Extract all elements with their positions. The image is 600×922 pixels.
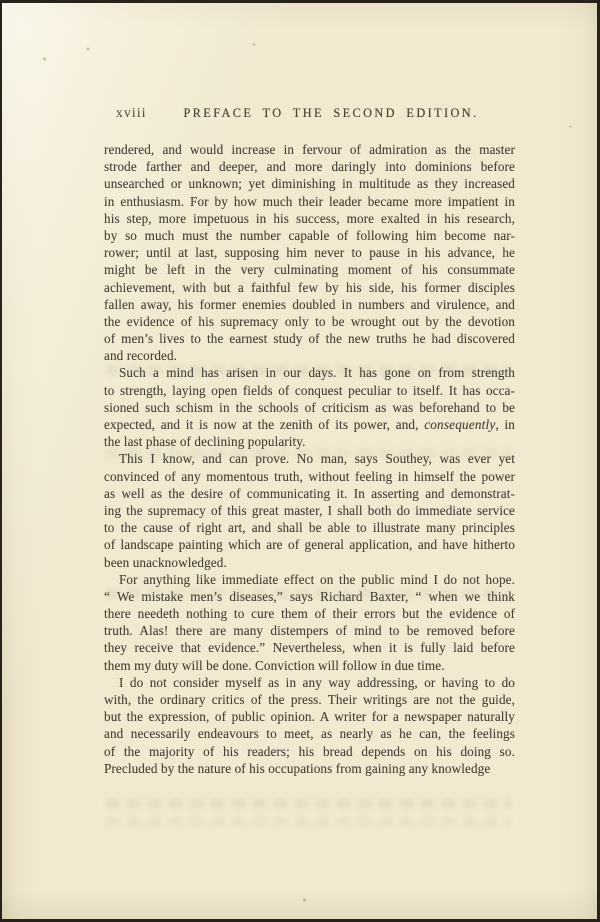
- text-line: sioned such schism in the schools of cri…: [104, 399, 515, 416]
- text-line: might be left in the very culminating mo…: [104, 261, 515, 278]
- paper-speck: [42, 57, 47, 61]
- paper-speck: [86, 47, 90, 51]
- text-line: I do not consider myself as in any way a…: [104, 674, 515, 691]
- text-line: of men’s lives to the earnest study of t…: [104, 330, 515, 347]
- running-header-title: PREFACE TO THE SECOND EDITION.: [2, 106, 600, 121]
- text-line: to strength, laying open fields of conqu…: [104, 382, 515, 399]
- paper-speck: [252, 43, 256, 46]
- paper-speck: [569, 125, 572, 128]
- text-line: in enthusiasm. For by how much their lea…: [104, 193, 515, 210]
- text-line: his step, more impetuous in his success,…: [104, 210, 515, 227]
- text-line: them my duty will be done. Conviction wi…: [104, 657, 515, 674]
- text-line: as well as the desire of communicating i…: [104, 485, 515, 502]
- paragraph: For anything like immediate effect on th…: [104, 571, 515, 674]
- paragraph: Such a mind has arisen in our days. It h…: [104, 364, 515, 450]
- text-line: fallen away, his former enemies doubled …: [104, 296, 515, 313]
- text-line: with, the ordinary critics of the press.…: [104, 691, 515, 708]
- text-line: For anything like immediate effect on th…: [104, 571, 515, 588]
- text-line: and necessarily endeavours to meet, as n…: [104, 725, 515, 742]
- bleedthrough-smudge: [106, 816, 511, 827]
- text-line: by so much must the number capable of fo…: [104, 227, 515, 244]
- text-line: they receive that evidence.” Nevertheles…: [104, 639, 515, 656]
- paragraph: rendered, and would increase in fervour …: [104, 141, 515, 364]
- paragraph: This I know, and can prove. No man, says…: [104, 450, 515, 570]
- text-line: achievement, with but a faithful few by …: [104, 279, 515, 296]
- text-line: Such a mind has arisen in our days. It h…: [104, 364, 515, 381]
- text-line: been unacknowledged.: [104, 554, 515, 571]
- text-line: but the expression, of public opinion. A…: [104, 708, 515, 725]
- text-line: to the cause of right art, and shall be …: [104, 519, 515, 536]
- text-line: This I know, and can prove. No man, says…: [104, 450, 515, 467]
- paragraph: I do not consider myself as in any way a…: [104, 674, 515, 777]
- text-line: expected, and it is now at the zenith of…: [104, 416, 515, 433]
- text-line: of landscape painting which are of gener…: [104, 536, 515, 553]
- text-line: “ We mistake men’s diseases,” says Richa…: [104, 588, 515, 605]
- text-line: ing the supremacy of this great master, …: [104, 502, 515, 519]
- paper-page: xviii PREFACE TO THE SECOND EDITION. ren…: [0, 0, 600, 922]
- text-line: strode farther and deeper, and more dari…: [104, 158, 515, 175]
- scanned-book-page: xviii PREFACE TO THE SECOND EDITION. ren…: [0, 0, 600, 922]
- text-line: and recorded.: [104, 347, 515, 364]
- text-line: convinced of any momentous truth, withou…: [104, 468, 515, 485]
- text-line: of the majority of his readers; his brea…: [104, 743, 515, 760]
- bleedthrough-smudge: [106, 798, 511, 809]
- body-text: rendered, and would increase in fervour …: [104, 141, 515, 777]
- paper-speck: [302, 898, 307, 902]
- text-line: Precluded by the nature of his occupatio…: [104, 760, 515, 777]
- text-line: truth. Alas! there are many distempers o…: [104, 622, 515, 639]
- text-line: rendered, and would increase in fervour …: [104, 141, 515, 158]
- text-line: the last phase of declining popularity.: [104, 433, 515, 450]
- text-line: the evidence of his supremacy only to be…: [104, 313, 515, 330]
- text-line: rower; until at last, supposing him neve…: [104, 244, 515, 261]
- text-line: there needeth nothing to cure them of th…: [104, 605, 515, 622]
- text-line: unsearched or unknown; yet diminishing i…: [104, 175, 515, 192]
